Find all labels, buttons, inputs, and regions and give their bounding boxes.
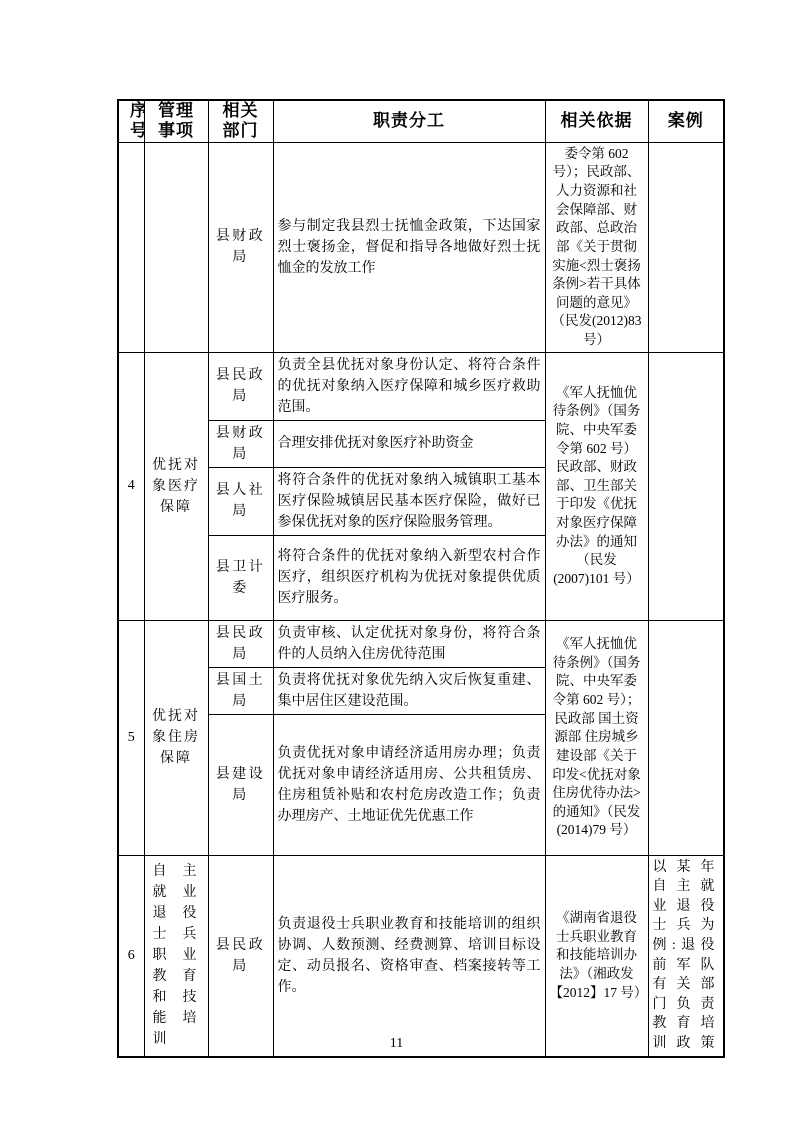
header-basis: 相关依据	[545, 100, 648, 142]
seq-cell: 5	[118, 620, 144, 855]
basis-cell: 委令第 602 号）；民政部、人力资源和社会保障部、财政部、总政治部《关于贯彻实…	[545, 142, 648, 352]
table-row-5: 5 优抚对象住房保障 县民政局 负责审核、认定优抚对象身份，将符合条件的人员纳入…	[118, 620, 724, 667]
case-cell	[648, 620, 724, 855]
dept-cell: 县民政局	[208, 352, 273, 420]
header-seq: 序号	[118, 100, 144, 142]
seq-cell: 6	[118, 855, 144, 1056]
responsibilities-table: 序号 管理事项 相关部门 职责分工 相关依据 案例 县财政局 参与制定我县烈士抚…	[117, 99, 725, 1058]
seq-cell: 4	[118, 352, 144, 620]
table-row-4: 4 优抚对象医疗保障 县民政局 负责全县优抚对象身份认定、将符合条件的优抚对象纳…	[118, 352, 724, 420]
duty-cell: 负责审核、认定优抚对象身份，将符合条件的人员纳入住房优待范围	[273, 620, 545, 667]
duty-cell: 负责退役士兵职业教育和技能培训的组织协调、人数预测、经费测算、培训目标设定、动员…	[273, 855, 545, 1056]
item-cell: 优抚对象住房保障	[144, 620, 208, 855]
item-cell: 优抚对象医疗保障	[144, 352, 208, 620]
dept-cell: 县民政局	[208, 855, 273, 1056]
duty-cell: 参与制定我县烈士抚恤金政策，下达国家烈士褒扬金，督促和指导各地做好烈士抚恤金的发…	[273, 142, 545, 352]
dept-cell: 县财政局	[208, 420, 273, 467]
item-cell	[144, 142, 208, 352]
case-cell	[648, 142, 724, 352]
duty-cell: 负责将优抚对象优先纳入灾后恢复重建、集中居住区建设范围。	[273, 667, 545, 714]
header-case: 案例	[648, 100, 724, 142]
table-row-6: 6 自主就业退役士兵职业教育和技能培训 县民政局 负责退役士兵职业教育和技能培训…	[118, 855, 724, 1056]
dept-cell: 县财政局	[208, 142, 273, 352]
dept-cell: 县卫计委	[208, 535, 273, 620]
header-item: 管理事项	[144, 100, 208, 142]
duty-cell: 将符合条件的优抚对象纳入城镇职工基本医疗保险城镇居民基本医疗保险，做好已参保优抚…	[273, 467, 545, 535]
page-number: 11	[0, 1036, 793, 1052]
dept-cell: 县人社局	[208, 467, 273, 535]
seq-cell	[118, 142, 144, 352]
basis-cell: 《军人抚恤优待条例》（国务院、中央军委令第 602 号） 民政部、财政部、卫生部…	[545, 352, 648, 620]
case-cell	[648, 352, 724, 620]
basis-cell: 《湖南省退役士兵职业教育和技能培训办法》（湘政发【2012】17 号）	[545, 855, 648, 1056]
basis-cell: 《军人抚恤优待条例》（国务院、中央军委令第 602 号）；民政部 国土资源部 住…	[545, 620, 648, 855]
item-cell: 自主就业退役士兵职业教育和技能培训	[144, 855, 208, 1056]
dept-cell: 县国土局	[208, 667, 273, 714]
duty-cell: 负责全县优抚对象身份认定、将符合条件的优抚对象纳入医疗保障和城乡医疗救助范围。	[273, 352, 545, 420]
table-row-continuation: 县财政局 参与制定我县烈士抚恤金政策，下达国家烈士褒扬金，督促和指导各地做好烈士…	[118, 142, 724, 352]
dept-cell: 县建设局	[208, 714, 273, 855]
duty-cell: 负责优抚对象申请经济适用房办理；负责优抚对象申请经济适用房、公共租赁房、住房租赁…	[273, 714, 545, 855]
header-dept: 相关部门	[208, 100, 273, 142]
table-header-row: 序号 管理事项 相关部门 职责分工 相关依据 案例	[118, 100, 724, 142]
duty-cell: 合理安排优抚对象医疗补助资金	[273, 420, 545, 467]
header-duty: 职责分工	[273, 100, 545, 142]
dept-cell: 县民政局	[208, 620, 273, 667]
document-page: 序号 管理事项 相关部门 职责分工 相关依据 案例 县财政局 参与制定我县烈士抚…	[0, 0, 793, 1122]
case-cell: 以某年自主就业退役士兵为例:退役前军队有关部门负责教育培训政策	[648, 855, 724, 1056]
duty-cell: 将符合条件的优抚对象纳入新型农村合作医疗，组织医疗机构为优抚对象提供优质医疗服务…	[273, 535, 545, 620]
